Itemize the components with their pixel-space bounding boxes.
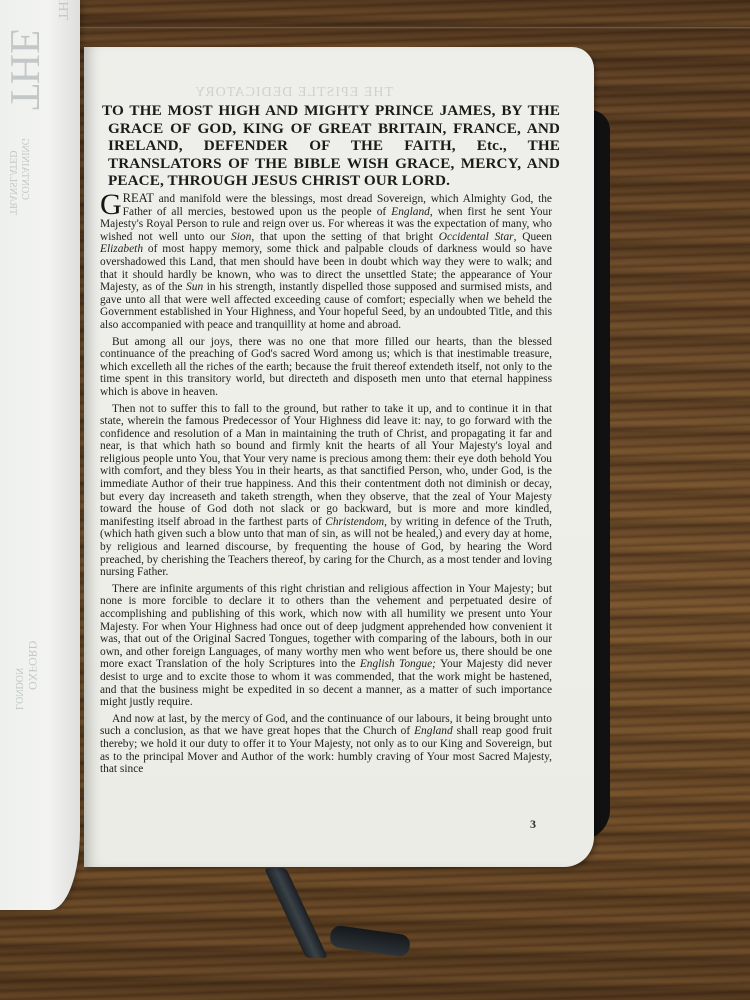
ghost-publisher: OXFORD [25,641,40,690]
paragraph-1: GREAT and manifold were the blessings, m… [100,192,552,332]
left-page: THE THE CONTAINING TRANSLATED OXFORD LON… [0,0,80,910]
paragraph-3: Then not to suffer this to fall to the g… [100,403,552,579]
running-head-showthrough: THE EPISTLE DEDICATORY [194,85,393,101]
page-number: 3 [530,817,536,832]
ribbon-bookmark-end [329,925,411,958]
ribbon-bookmark [264,868,328,958]
right-page: THE EPISTLE DEDICATORY TO THE MOST HIGH … [84,47,594,867]
table-edge [0,26,750,29]
dedication-heading: TO THE MOST HIGH AND MIGHTY PRINCE JAMES… [102,102,560,190]
ghost-text: CONTAINING [19,138,30,200]
paragraph-5: And now at last, by the mercy of God, an… [100,713,552,776]
paragraph-4: There are infinite arguments of this rig… [100,583,552,709]
epistle-body: GREAT and manifold were the blessings, m… [100,192,552,780]
paragraph-2: But among all our joys, there was no one… [100,336,552,399]
ghost-text: THE [54,0,70,20]
ghost-city: LONDON [13,668,24,710]
ghost-text: TRANSLATED [7,151,18,215]
ghost-title: THE [0,28,48,110]
drop-cap: G [100,193,122,217]
